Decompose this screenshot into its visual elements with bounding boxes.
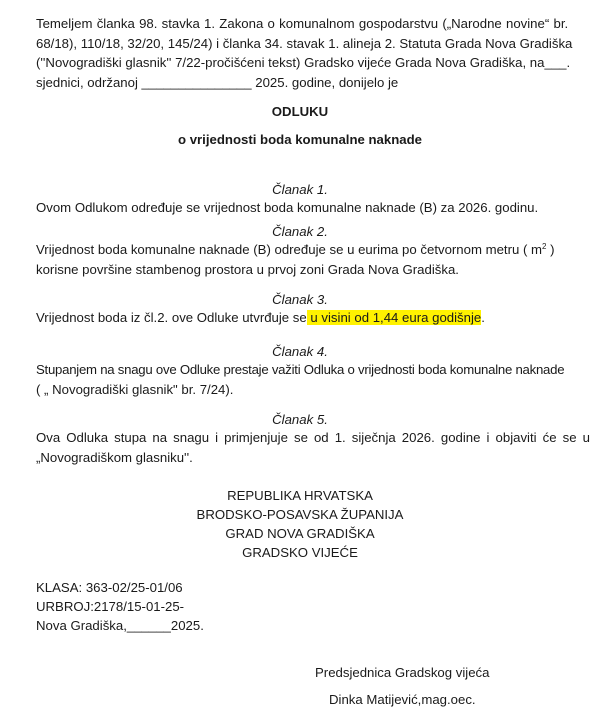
signature-name: Dinka Matijević,mag.oec. — [329, 690, 589, 710]
article-4-line: Stupanjem na snagu ove Odluke prestaje v… — [36, 360, 564, 380]
article-2-line: Vrijednost boda komunalne naknade (B) od… — [36, 242, 542, 257]
article-3-heading: Članak 3. — [0, 290, 600, 310]
article-2-line: korisne površine stambenog prostora u pr… — [36, 260, 564, 280]
reference-block: KLASA: 363-02/25-01/06 URBROJ:2178/15-01… — [36, 578, 564, 635]
preamble-line: 68/18), 110/18, 32/20, 145/24) i članka … — [36, 34, 564, 54]
article-2-text: Vrijednost boda komunalne naknade (B) od… — [36, 240, 564, 279]
preamble-line: (''Novogradiški glasnik'' 7/22-pročišćen… — [36, 53, 564, 73]
article-1-heading: Članak 1. — [0, 180, 600, 200]
preamble-line: Temeljem članka 98. stavka 1. Zakona o k… — [36, 14, 564, 34]
article-5-line: „Novogradiškom glasniku''. — [36, 448, 564, 468]
article-3-text-end: . — [481, 310, 485, 325]
document-subtitle: o vrijednosti boda komunalne naknade — [0, 130, 600, 150]
issuer-line: BRODSKO-POSAVSKA ŽUPANIJA — [0, 505, 600, 524]
article-2-line-end: ) — [546, 242, 554, 257]
issuer-block: REPUBLIKA HRVATSKA BRODSKO-POSAVSKA ŽUPA… — [0, 486, 600, 562]
highlighted-value: u visini od 1,44 eura godišnje — [307, 310, 481, 325]
article-5-text: Ova Odluka stupa na snagu i primjenjuje … — [36, 428, 564, 467]
article-3-text: Vrijednost boda iz čl.2. ove Odluke utvr… — [36, 308, 564, 328]
document-title: ODLUKU — [0, 102, 600, 122]
preamble-line: sjednici, održanoj _______________ 2025.… — [36, 73, 564, 93]
article-2-heading: Članak 2. — [0, 222, 600, 242]
article-5-heading: Članak 5. — [0, 410, 600, 430]
klasa: KLASA: 363-02/25-01/06 — [36, 578, 564, 597]
article-1-text: Ovom Odlukom određuje se vrijednost boda… — [36, 198, 564, 218]
document-page: Temeljem članka 98. stavka 1. Zakona o k… — [0, 0, 600, 726]
preamble: Temeljem članka 98. stavka 1. Zakona o k… — [36, 14, 564, 92]
issuer-line: GRADSKO VIJEĆE — [0, 543, 600, 562]
urbroj: URBROJ:2178/15-01-25- — [36, 597, 564, 616]
article-4-heading: Članak 4. — [0, 342, 600, 362]
article-4-text: Stupanjem na snagu ove Odluke prestaje v… — [36, 360, 564, 399]
signature-role: Predsjednica Gradskog vijeća — [315, 663, 575, 683]
issuer-line: GRAD NOVA GRADIŠKA — [0, 524, 600, 543]
article-4-line: ( „ Novogradiški glasnik" br. 7/24). — [36, 380, 564, 400]
article-5-line: Ova Odluka stupa na snagu i primjenjuje … — [36, 428, 564, 448]
article-3-text-plain: Vrijednost boda iz čl.2. ove Odluke utvr… — [36, 310, 307, 325]
issuer-line: REPUBLIKA HRVATSKA — [0, 486, 600, 505]
place-date: Nova Gradiška,______2025. — [36, 616, 564, 635]
